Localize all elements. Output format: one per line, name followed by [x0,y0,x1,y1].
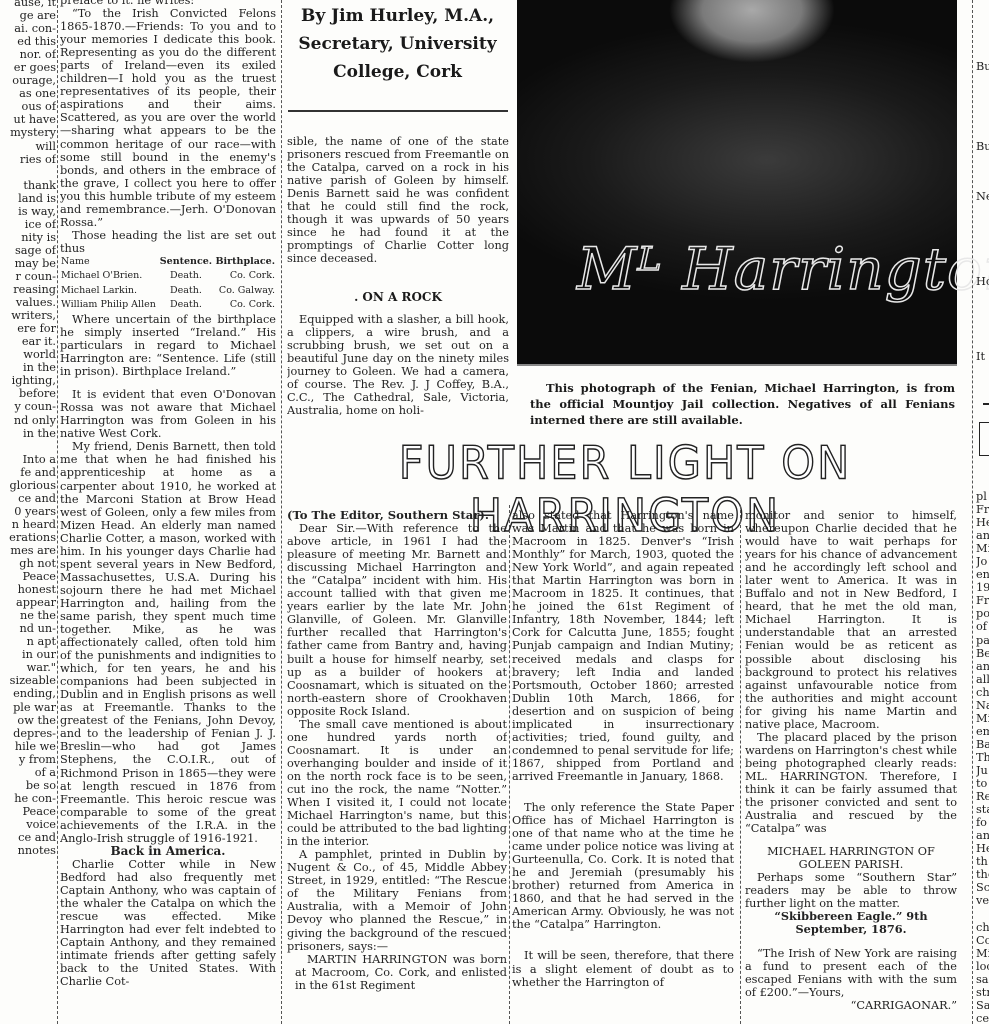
fragment-line: Fr [976,594,989,607]
fragment-line: Peace [0,805,56,818]
fragment-line: voice [0,818,56,831]
fragment-line: ice of [0,218,56,231]
table-header: Sentence. [158,255,213,270]
fragment-line: ch [976,686,989,699]
fragment-line: appear [0,596,56,609]
byline-rule [288,110,508,112]
fragment-line: y from [0,753,56,766]
fragment-line: ce and [0,831,56,844]
fragment-line: ending, [0,687,56,700]
table-cell: William Philip Allen [60,298,158,313]
fragment-line: str [976,986,989,999]
fragment-line: is way, [0,205,56,218]
column-b-continued: Equipped with a slasher, a bill hook, a … [287,313,509,431]
fragment-line: will [0,140,56,153]
fragment-line: of a [0,766,56,779]
column-c: (To The Editor, Southern Star). Dear Sir… [287,509,507,1024]
fragment-line: Mi [976,712,989,725]
fragment-line: fo [976,816,989,829]
photo-caption: This photograph of the Fenian, Michael H… [530,380,955,428]
fragment-line: in the [0,427,56,440]
fragment-line: in the [0,361,56,374]
table-cell: Co. Galway. [214,284,276,299]
fragment-line: glorious [0,479,56,492]
fragment-line: land is [0,192,56,205]
fragment-line: ighting, [0,374,56,387]
fragment-line: ple war [0,701,56,714]
fragment-line: nd un- [0,622,56,635]
fragment-line: hile we [0,740,56,753]
fragment-line: of [976,620,989,633]
left-fragment-column: ause, itge areai. con-ed thisnor. ofer g… [0,0,56,857]
fragment-line: all [976,673,989,686]
fragment-line: loc [976,960,989,973]
fragment-line: an [976,529,989,542]
fragment-line: He [976,516,989,529]
fragment-line: mes are [0,544,56,557]
fragment-line: Bu [976,60,989,73]
signoff: “CARRIGAONAR.” [745,999,957,1012]
fragment-line: ed this [0,35,56,48]
felons-table: Name Sentence. Birthplace. Michael O'Bri… [60,255,276,313]
fragment-line: Mi [976,947,989,960]
fragment-line: ause, it [0,0,56,9]
column-divider [740,505,741,1024]
fragment-line: reasing [0,283,56,296]
column-b: sible, the name of one of the state pris… [287,135,509,283]
fragment-line: pa [976,634,989,647]
fragment-line: sage of [0,244,56,257]
fragment-line: writers, [0,309,56,322]
table-header: Birthplace. [214,255,276,270]
centered-name: MICHAEL HARRINGTON OF GOLEEN PARISH. [745,845,957,871]
fragment-line: en [976,568,989,581]
column-c-paragraph: MARTIN HARRINGTON was born at Macroom, C… [287,953,507,992]
fragment-line: Ne [976,190,989,203]
fragment-line: ut have [0,113,56,126]
fragment-line: values. [0,296,56,309]
fragment-line [0,440,56,453]
fragment-line: th [976,855,989,868]
column-a-paragraph: preface to it. he writes: [60,0,276,7]
fragment-line: honest [0,583,56,596]
fragment-line: n heard [0,518,56,531]
column-b-paragraph: Equipped with a slasher, a bill hook, a … [287,313,509,417]
fragment-line: po [976,607,989,620]
fragment-line: mystery [0,126,56,139]
fragment-line: 0 years [0,505,56,518]
column-e-paragraph: monitor and senior to himself, whereupon… [745,509,957,731]
fragment-line: ch [976,921,989,934]
subheading-back-in-america: Back in America. [60,845,276,858]
fragment-line: Peace [0,570,56,583]
fragment-line: he con- [0,792,56,805]
fragment-line: Jo [976,555,989,568]
fragment-line [0,166,56,179]
photo-signature: Mᴸ Harrington [577,235,967,303]
fragment-line: y coun- [0,400,56,413]
column-d-paragraph: also stated that Harrington's name was M… [512,509,734,783]
right-fragment-top: BuBuNeHoIt [976,56,989,376]
fragment-line: in our [0,648,56,661]
fragment-line: an [976,829,989,842]
fragment-line: sta [976,803,989,816]
byline-author: By Jim Hurley, M.A., [285,2,510,30]
fragment-line: 19 [976,581,989,594]
right-fragment-rule [983,403,989,405]
fragment-line: ow the [0,714,56,727]
fragment-line: nor. of [0,48,56,61]
byline: By Jim Hurley, M.A., Secretary, Universi… [285,2,510,86]
fragment-line: Re [976,790,989,803]
fragment-line: n apt [0,635,56,648]
fragment-line: Into a [0,453,56,466]
table-cell: Co. Cork. [214,298,276,313]
column-a-paragraph: Charlie Cotter while in New Bedford had … [60,858,276,988]
column-c-paragraph: The small cave mentioned is about one hu… [287,718,507,848]
column-a-paragraph: Where uncertain of the birthplace he sim… [60,313,276,378]
fragment-line: gh not [0,557,56,570]
column-divider [972,0,973,1024]
column-divider [509,505,510,1024]
fragment-line: sa [976,973,989,986]
table-row: Michael O'Brien. Death. Co. Cork. [60,269,276,284]
column-c-paragraph: Dear Sir.—With reference to the above ar… [287,522,507,718]
fragment-line: Ju [976,764,989,777]
column-d-paragraph: It will be seen, therefore, that there i… [512,949,734,988]
right-fragment-box [979,422,989,456]
fragment-line: erations [0,531,56,544]
fragment-line: pl [976,490,989,503]
table-cell: Death. [158,269,213,284]
letter-heading: (To The Editor, Southern Star). [287,509,507,522]
column-a-paragraph: My friend, Denis Barnett, then told me t… [60,440,276,844]
fragment-line: Th [976,751,989,764]
column-e-paragraph: Perhaps some “Southern Star” readers may… [745,871,957,910]
table-cell: Death. [158,298,213,313]
table-row: William Philip Allen Death. Co. Cork. [60,298,276,313]
column-divider [57,0,58,1024]
fragment-line: Ho [976,275,989,288]
fragment-line: may be [0,257,56,270]
column-d-paragraph: The only reference the State Paper Offic… [512,801,734,931]
fragment-line: ous of [0,100,56,113]
table-cell: Michael O'Brien. [60,269,158,284]
table-cell: Death. [158,284,213,299]
fragment-line: r coun- [0,270,56,283]
fragment-line: ve [976,894,989,907]
fragment-line: nnotes [0,844,56,857]
fragment-line: Co [976,934,989,947]
column-b-paragraph: sible, the name of one of the state pris… [287,135,509,265]
fragment-line: thank [0,179,56,192]
source-citation: “Skibbereen Eagle.” 9th September, 1876. [745,910,957,936]
table-row: Michael Larkin. Death. Co. Galway. [60,284,276,299]
fragment-line: It [976,350,985,363]
fragment-line: nity is [0,231,56,244]
fragment-line: as one [0,87,56,100]
column-e-paragraph: The placard placed by the prison wardens… [745,731,957,835]
fragment-line: He [976,842,989,855]
fragment-line: er goes [0,61,56,74]
fragment-line [976,908,989,921]
fragment-line: Sc [976,881,989,894]
fragment-line: the [976,868,989,881]
column-a-paragraph: Those heading the list are set out thus [60,229,276,255]
fragment-line: Be [976,647,989,660]
fragment-line: Sa [976,999,989,1012]
fragment-line: world [0,348,56,361]
table-cell: Co. Cork. [214,269,276,284]
harrington-photo: Mᴸ Harrington [517,0,957,366]
fragment-line: depres- [0,727,56,740]
byline-title: Secretary, University [285,30,510,58]
quote-paragraph: “The Irish of New York are raising a fun… [745,947,957,999]
column-d: also stated that Harrington's name was M… [512,509,734,1024]
fragment-line: Mi [976,542,989,555]
fragment-line: be so [0,779,56,792]
column-e: monitor and senior to himself, whereupon… [745,509,957,1024]
column-a-paragraph: “To the Irish Convicted Felons 1865-1870… [60,7,276,229]
fragment-line: Fr [976,503,989,516]
fragment-line: ear it. [0,335,56,348]
fragment-line: war." [0,661,56,674]
column-c-paragraph: A pamphlet, printed in Dublin by Nugent … [287,848,507,952]
fragment-line: an [976,660,989,673]
fragment-line: fe and [0,466,56,479]
fragment-line: ere for [0,322,56,335]
byline-institution: College, Cork [285,58,510,86]
column-a: preface to it. he writes: “To the Irish … [60,0,276,988]
right-fragment-bottom: plFrHeanMiJoen19FrpoofpaBeanallchNaMiemB… [976,490,989,1024]
fragment-line: ge are [0,9,56,22]
fragment-line: to [976,777,989,790]
fragment-line: ourage, [0,74,56,87]
fragment-line: em [976,725,989,738]
fragment-line: ries of [0,153,56,166]
fragment-line: ce and [0,492,56,505]
fragment-line: Na [976,699,989,712]
fragment-line: nd only [0,414,56,427]
column-divider [281,0,282,1024]
fragment-line: ai. con- [0,22,56,35]
fragment-line: cei [976,1012,989,1024]
table-cell: Michael Larkin. [60,284,158,299]
fragment-line: ne the [0,609,56,622]
fragment-line: sizeable [0,674,56,687]
fragment-line: Ba [976,738,989,751]
column-a-paragraph: It is evident that even O'Donovan Rossa … [60,388,276,440]
subheading-on-a-rock: . ON A ROCK [287,290,509,304]
table-header: Name [60,255,158,270]
fragment-line: before [0,387,56,400]
fragment-line: Bu [976,140,989,153]
